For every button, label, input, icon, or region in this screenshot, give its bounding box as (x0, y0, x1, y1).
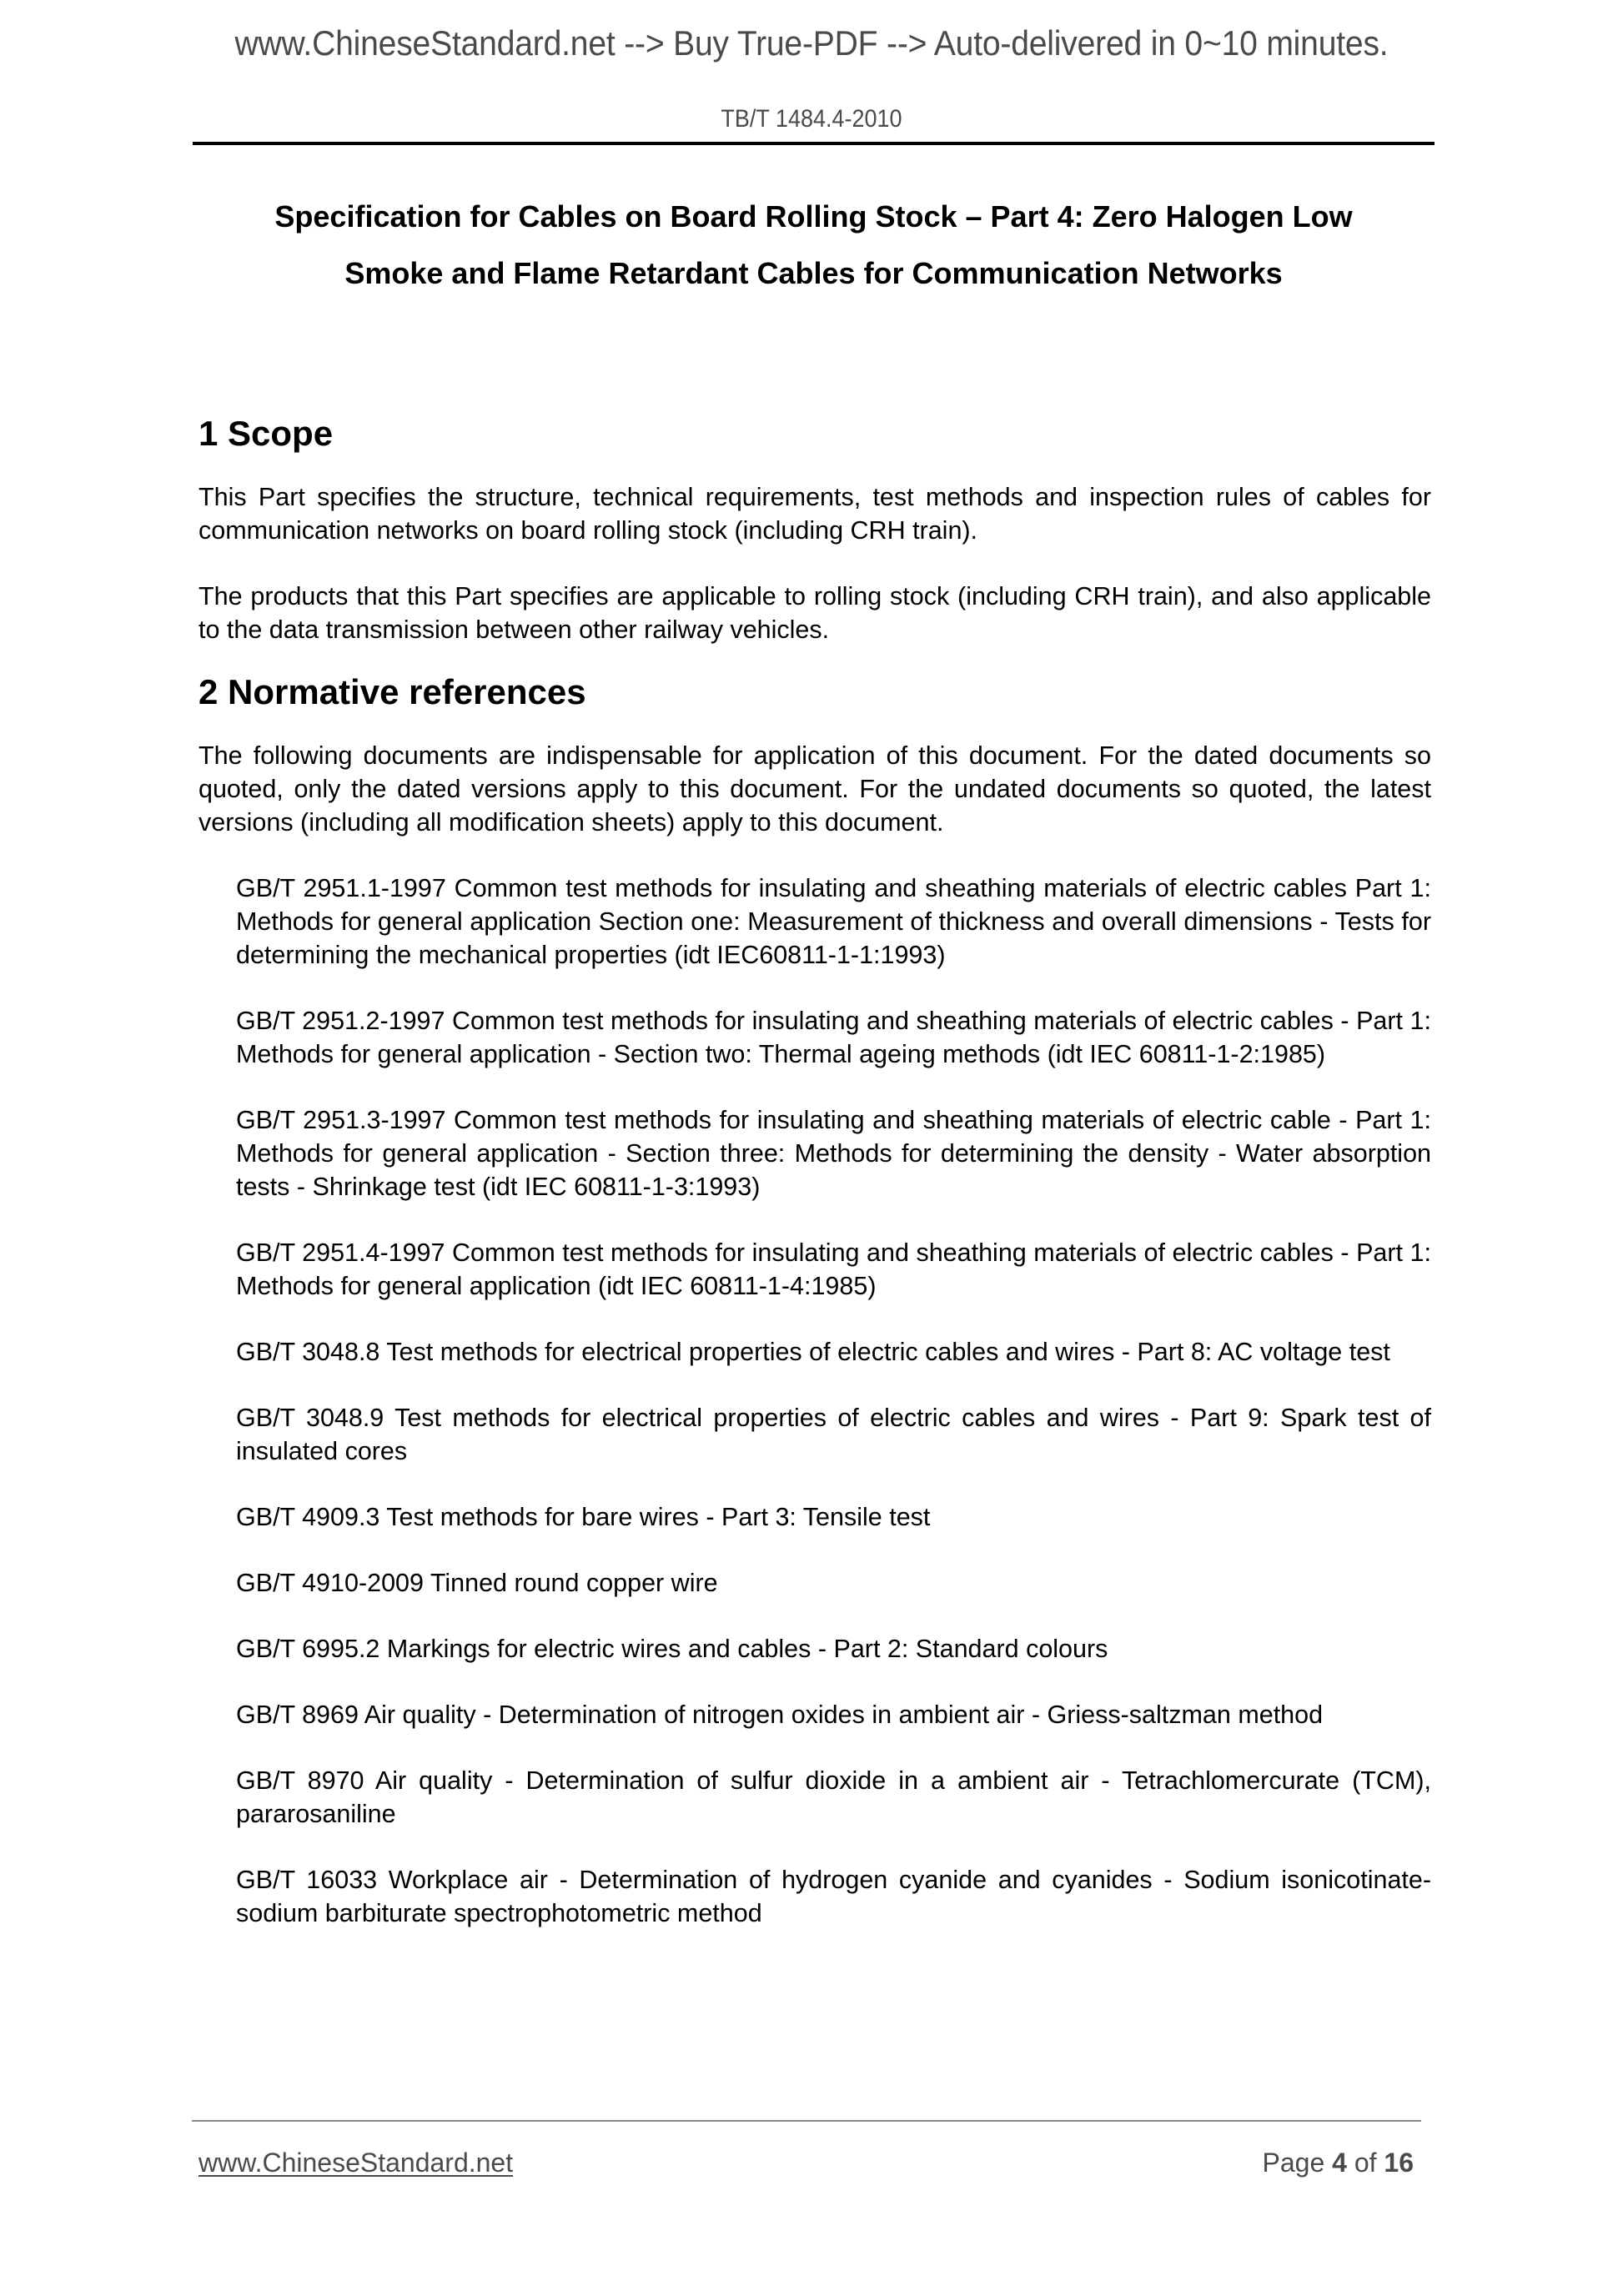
footer-divider (192, 2120, 1421, 2122)
normative-references-intro: The following documents are indispensabl… (198, 739, 1431, 839)
section-scope: 1 Scope This Part specifies the structur… (198, 407, 1431, 646)
section-normative-references: 2 Normative references The following doc… (198, 666, 1431, 1930)
page-number: Page 4 of 16 (1263, 2147, 1414, 2178)
reference-item: GB/T 2951.1-1997 Common test methods for… (236, 872, 1431, 972)
reference-item: GB/T 16033 Workplace air - Determination… (236, 1863, 1431, 1930)
scope-paragraph-1: This Part specifies the structure, techn… (198, 480, 1431, 547)
reference-item: GB/T 4910-2009 Tinned round copper wire (236, 1566, 1431, 1600)
document-title: Specification for Cables on Board Rollin… (193, 188, 1435, 302)
reference-item: GB/T 8969 Air quality - Determination of… (236, 1698, 1431, 1731)
reference-item: GB/T 2951.3-1997 Common test methods for… (236, 1103, 1431, 1203)
header-divider (193, 142, 1435, 145)
section-heading-normative-references: 2 Normative references (198, 666, 1431, 719)
header-document-number: TB/T 1484.4-2010 (81, 105, 1541, 133)
scope-paragraph-2: The products that this Part specifies ar… (198, 580, 1431, 646)
reference-item: GB/T 8970 Air quality - Determination of… (236, 1764, 1431, 1831)
reference-item: GB/T 4909.3 Test methods for bare wires … (236, 1500, 1431, 1534)
reference-item: GB/T 2951.4-1997 Common test methods for… (236, 1236, 1431, 1303)
reference-item: GB/T 6995.2 Markings for electric wires … (236, 1632, 1431, 1665)
footer-website-link[interactable]: www.ChineseStandard.net (198, 2147, 513, 2178)
document-title-line-1: Specification for Cables on Board Rollin… (193, 188, 1435, 245)
page-total: 16 (1384, 2148, 1414, 2178)
page-label: Page (1263, 2148, 1325, 2178)
page-current: 4 (1332, 2148, 1347, 2178)
reference-item: GB/T 2951.2-1997 Common test methods for… (236, 1004, 1431, 1071)
document-title-line-2: Smoke and Flame Retardant Cables for Com… (193, 245, 1435, 302)
section-heading-scope: 1 Scope (198, 407, 1431, 460)
reference-list: GB/T 2951.1-1997 Common test methods for… (198, 872, 1431, 1930)
document-body: 1 Scope This Part specifies the structur… (198, 407, 1431, 1962)
reference-item: GB/T 3048.8 Test methods for electrical … (236, 1335, 1431, 1369)
reference-item: GB/T 3048.9 Test methods for electrical … (236, 1401, 1431, 1468)
page-of-label: of (1354, 2148, 1377, 2178)
header-banner: www.ChineseStandard.net --> Buy True-PDF… (57, 23, 1566, 63)
